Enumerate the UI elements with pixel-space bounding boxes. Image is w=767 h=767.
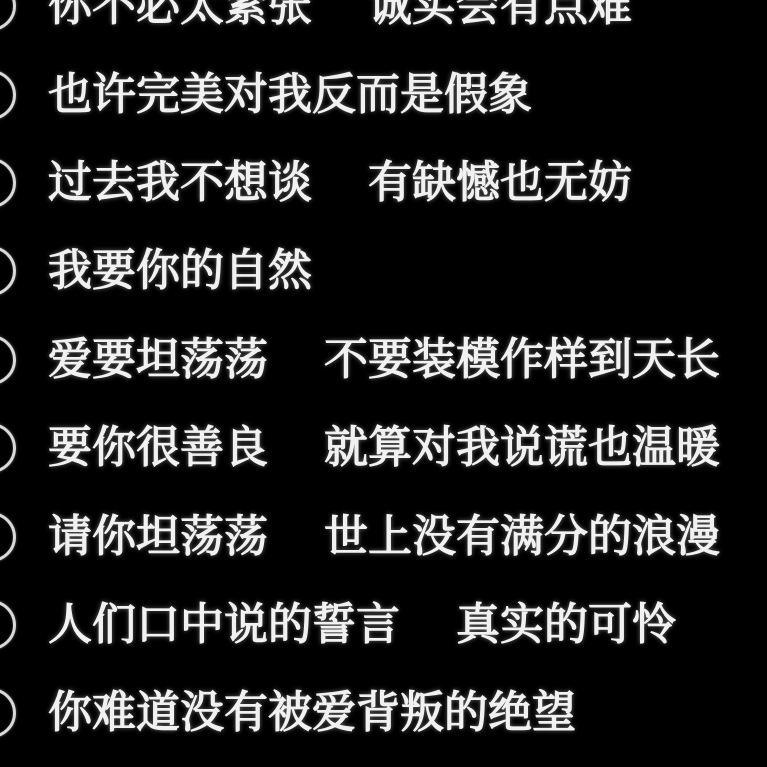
lyric-line-2[interactable]: 也许完美对我反而是假象 [0, 50, 767, 138]
lyric-text: 你难道没有被爱背叛的绝望 [48, 691, 576, 735]
lyric-line-3[interactable]: 过去我不想谈 有缺憾也无妨 [0, 139, 767, 227]
lyric-line-6[interactable]: 要你很善良 就算对我说谎也温暖 [0, 404, 767, 492]
lyric-phrase: 请你坦荡荡 [48, 515, 268, 559]
lyric-text: 要你很善良 就算对我说谎也温暖 [48, 426, 720, 470]
lyric-text: 请你坦荡荡 世上没有满分的浪漫 [48, 515, 720, 559]
lyric-phrase: 你不必太紧张 [48, 0, 312, 28]
lyric-line-5[interactable]: 爱要坦荡荡 不要装模作样到天长 [0, 316, 767, 404]
lyric-line-7[interactable]: 请你坦荡荡 世上没有满分的浪漫 [0, 492, 767, 580]
lyric-circle-icon[interactable] [0, 158, 16, 208]
lyric-phrase: 世上没有满分的浪漫 [324, 515, 720, 559]
lyrics-screen: 你不必太紧张 诚实会有点难 也许完美对我反而是假象 过去我不想谈 有缺憾也无妨 … [0, 0, 767, 767]
lyric-line-4[interactable]: 我要你的自然 [0, 227, 767, 315]
lyric-phrase: 我要你的自然 [48, 249, 312, 293]
lyric-line-1[interactable]: 你不必太紧张 诚实会有点难 [0, 0, 767, 50]
lyric-circle-icon[interactable] [0, 600, 16, 650]
lyric-phrase: 要你很善良 [48, 426, 268, 470]
lyrics-list: 你不必太紧张 诚实会有点难 也许完美对我反而是假象 过去我不想谈 有缺憾也无妨 … [0, 0, 767, 758]
lyric-line-8[interactable]: 人们口中说的誓言 真实的可怜 [0, 581, 767, 669]
lyric-phrase: 你难道没有被爱背叛的绝望 [48, 691, 576, 735]
lyric-text: 过去我不想谈 有缺憾也无妨 [48, 161, 632, 205]
lyric-phrase: 人们口中说的誓言 [48, 603, 400, 647]
lyric-circle-icon[interactable] [0, 423, 16, 473]
lyric-phrase: 有缺憾也无妨 [368, 161, 632, 205]
lyric-line-9[interactable]: 你难道没有被爱背叛的绝望 [0, 669, 767, 757]
lyric-text: 爱要坦荡荡 不要装模作样到天长 [48, 338, 720, 382]
lyric-circle-icon[interactable] [0, 688, 16, 738]
lyric-text: 我要你的自然 [48, 249, 312, 293]
lyric-circle-icon[interactable] [0, 0, 16, 31]
lyric-phrase: 不要装模作样到天长 [324, 338, 720, 382]
lyric-text: 也许完美对我反而是假象 [48, 73, 532, 117]
lyric-phrase: 就算对我说谎也温暖 [324, 426, 720, 470]
lyric-phrase: 诚实会有点难 [368, 0, 632, 28]
lyric-phrase: 也许完美对我反而是假象 [48, 73, 532, 117]
lyric-phrase: 过去我不想谈 [48, 161, 312, 205]
lyric-circle-icon[interactable] [0, 512, 16, 562]
lyric-circle-icon[interactable] [0, 70, 16, 120]
lyric-text: 人们口中说的誓言 真实的可怜 [48, 603, 676, 647]
lyric-phrase: 真实的可怜 [456, 603, 676, 647]
lyric-circle-icon[interactable] [0, 335, 16, 385]
lyric-text: 你不必太紧张 诚实会有点难 [48, 0, 632, 28]
lyric-circle-icon[interactable] [0, 246, 16, 296]
lyric-phrase: 爱要坦荡荡 [48, 338, 268, 382]
